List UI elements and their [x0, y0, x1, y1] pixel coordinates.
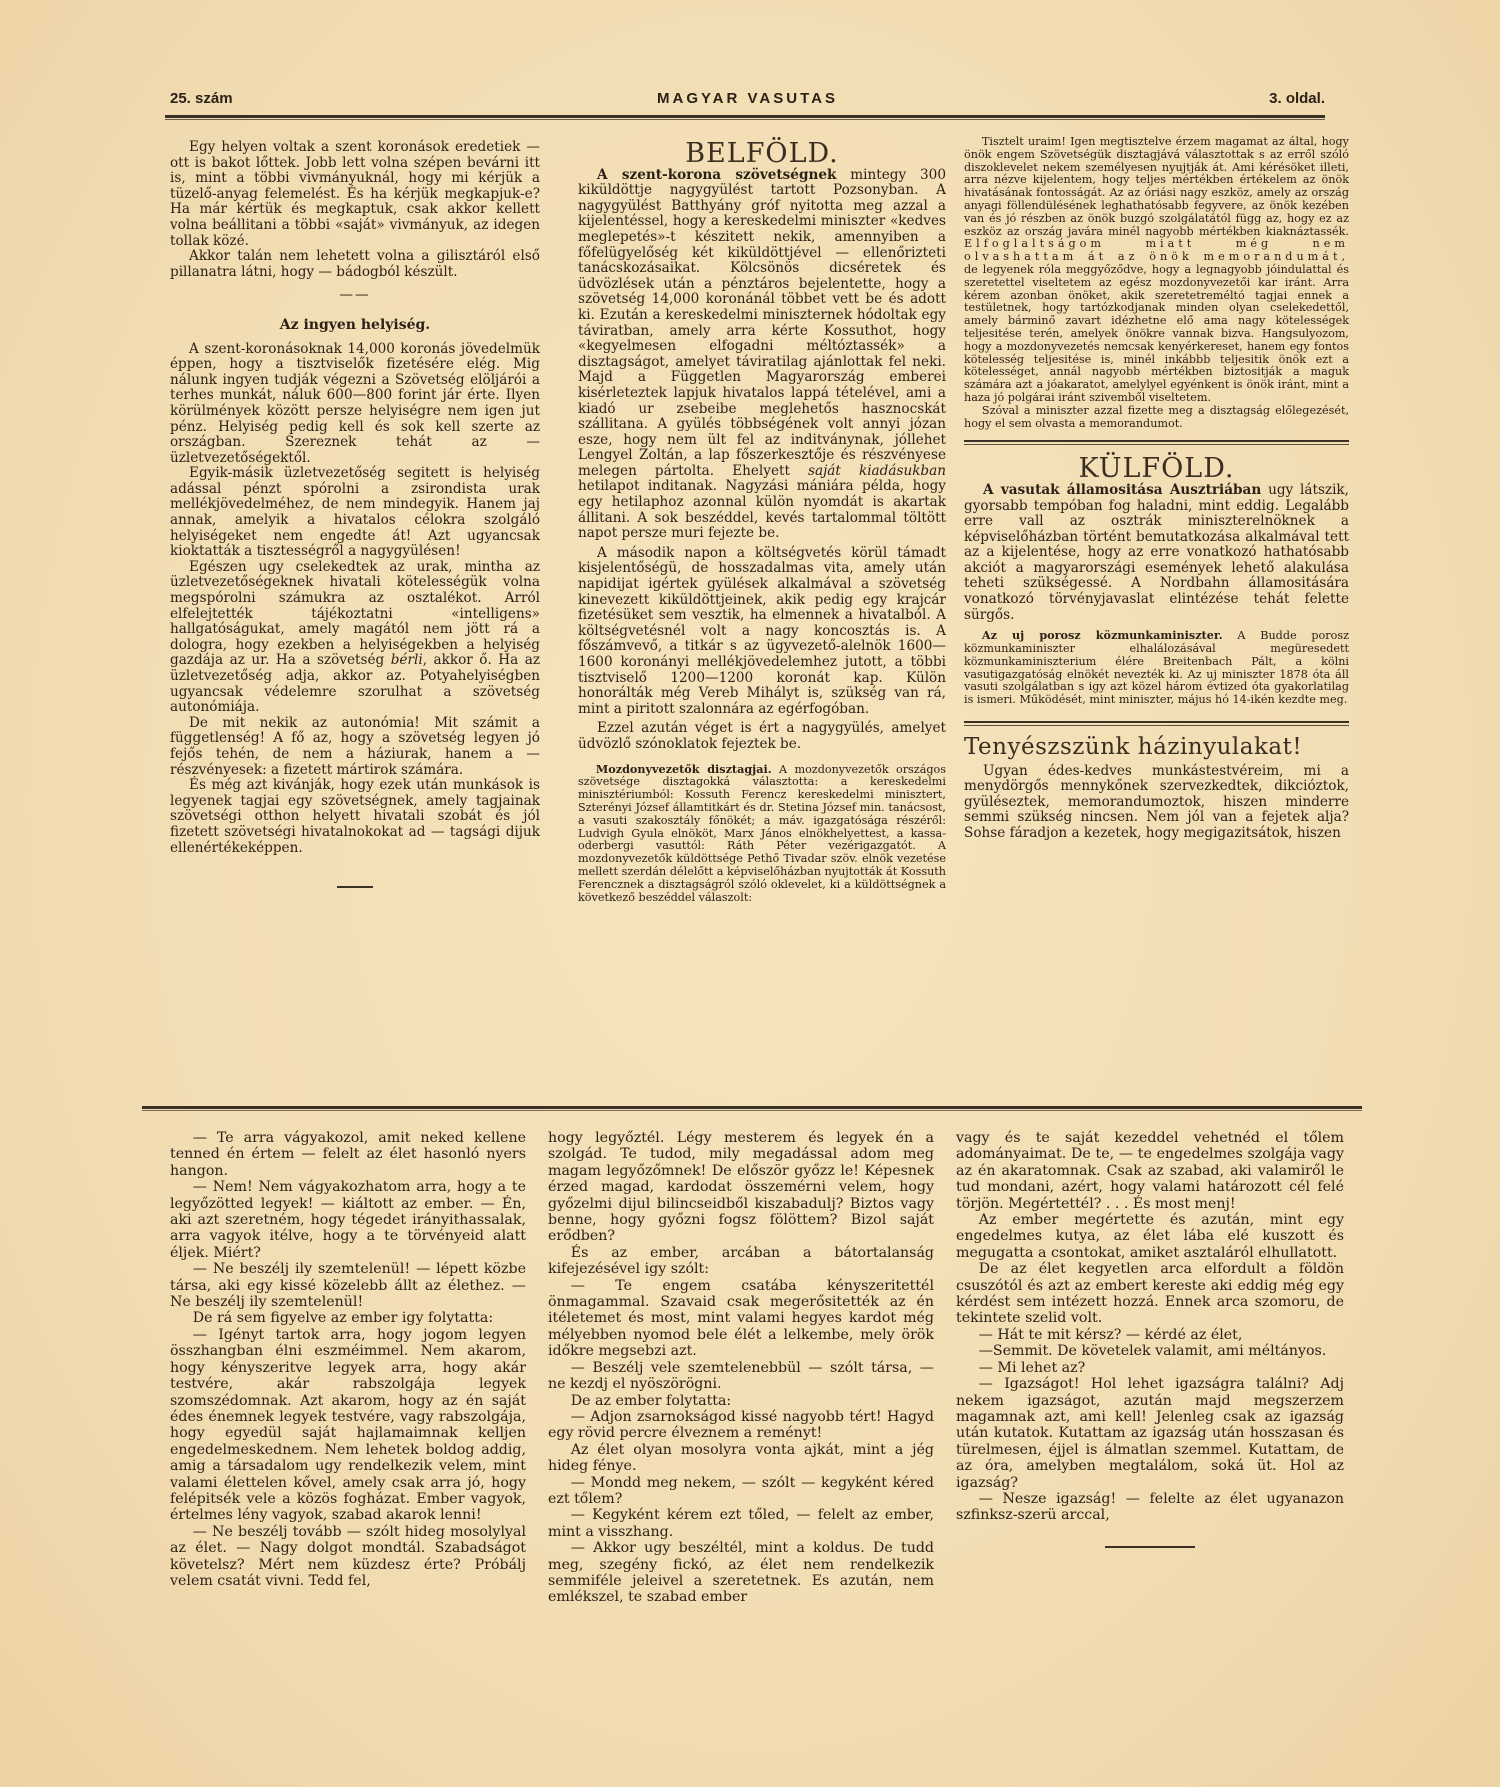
feuilleton-column-1: — Te arra vágyakozol, amit neked kellene… — [170, 1130, 526, 1589]
paragraph: Az élet olyan mosolyra vonta ajkát, mint… — [548, 1442, 934, 1475]
paragraph: vagy és te saját kezeddel vehetnéd el tő… — [956, 1130, 1344, 1212]
paragraph: hogy legyőztél. Légy mesterem és legyek … — [548, 1130, 934, 1245]
news-item: Mozdonyvezetők disztagjai. A mozdonyveze… — [578, 763, 946, 905]
paragraph: — Akkor ugy beszéltél, mint a koldus. De… — [548, 1540, 934, 1606]
minister-speech: Tisztelt uraim! Igen megtisztelve érzem … — [964, 136, 1349, 430]
paragraph: Egy helyen voltak a szent koronások ered… — [170, 140, 540, 249]
paragraph: — Hát te mit kérsz? — kérdé az élet, — [956, 1327, 1344, 1343]
article-title-hazinyul: Tenyészszünk házinyulakat! — [964, 740, 1349, 756]
paragraph: A szent-koronásoknak 14,000 koronás jöve… — [170, 342, 540, 467]
section-rule-thin — [964, 725, 1349, 726]
section-rule — [964, 721, 1349, 723]
newspaper-page: 25. szám MAGYAR VASUTAS 3. oldal. Egy he… — [0, 0, 1500, 1787]
page-divider-thin — [142, 1110, 1362, 1111]
paragraph: — Mi lehet az? — [956, 1360, 1344, 1376]
header-rule-thin — [165, 119, 1325, 120]
paragraph: — Te engem csatába kényszeritettél önmag… — [548, 1278, 934, 1360]
paragraph: — Adjon zsarnokságod kissé nagyobb tért!… — [548, 1409, 934, 1442]
feuilleton-column-2: hogy legyőztél. Légy mesterem és legyek … — [548, 1130, 934, 1606]
article-title: Az ingyen helyiség. — [170, 318, 540, 334]
paragraph: Akkor talán nem lehetett volna a giliszt… — [170, 249, 540, 280]
paragraph: — Ne beszélj ily szemtelenül! — lépett k… — [170, 1261, 526, 1310]
paragraph: De az élet kegyetlen arca elfordult a fö… — [956, 1261, 1344, 1327]
paragraph: — Nem! Nem vágyakozhatom arra, hogy a te… — [170, 1179, 526, 1261]
news-item: Az uj porosz közmunkaminiszter. A Budde … — [964, 629, 1349, 707]
paragraph: És még azt kivánják, hogy ezek után munk… — [170, 778, 540, 856]
paragraph: Ugyan édes-kedves munkástestvéreim, mi a… — [964, 764, 1349, 842]
paragraph: —Semmit. De követelek valamit, ami méltá… — [956, 1343, 1344, 1359]
section-title-belfold: BELFÖLD. — [578, 146, 946, 162]
paragraph: Egyik-másik üzletvezetőség segitett is h… — [170, 466, 540, 560]
end-mark — [337, 886, 373, 888]
paragraph: De mit nekik az autonómia! Mit számit a … — [170, 716, 540, 778]
section-rule-thin — [964, 444, 1349, 445]
paragraph: — Igazságot! Hol lehet igazságra találni… — [956, 1376, 1344, 1491]
paragraph: — Igényt tartok arra, hogy jogom legyen … — [170, 1327, 526, 1524]
feuilleton-column-3: vagy és te saját kezeddel vehetnéd el tő… — [956, 1130, 1344, 1548]
paragraph: És az ember, arcában a bátortalanság kif… — [548, 1245, 934, 1278]
paragraph: De az ember folytatta: — [548, 1393, 934, 1409]
end-rule — [1105, 1546, 1195, 1548]
header-rule — [165, 115, 1325, 118]
paragraph: — Mondd meg nekem, — szólt — kegyként ké… — [548, 1475, 934, 1508]
paragraph: — Nesze igazság! — felelte az élet ugyan… — [956, 1491, 1344, 1524]
column-2: BELFÖLD. A szent-korona szövetségnek min… — [578, 140, 946, 904]
paragraph: Ezzel azután véget is ért a nagygyülés, … — [578, 721, 946, 752]
paragraph: A szent-korona szövetségnek mintegy 300 … — [578, 168, 946, 542]
section-title-kulfold: KÜLFÖLD. — [964, 461, 1349, 477]
page-number: 3. oldal. — [1269, 90, 1325, 107]
paragraph: Az ember megértette és azután, mint egy … — [956, 1212, 1344, 1261]
paragraph: Egészen ugy cselekedtek az urak, mintha … — [170, 560, 540, 716]
paragraph: De rá sem figyelve az ember igy folytatt… — [170, 1310, 526, 1326]
section-rule — [964, 440, 1349, 442]
column-1: Egy helyen voltak a szent koronások ered… — [170, 140, 540, 888]
paragraph: — Te arra vágyakozol, amit neked kellene… — [170, 1130, 526, 1179]
separator: —— — [170, 288, 540, 304]
page-divider — [142, 1106, 1362, 1109]
paragraph: Szóval a miniszter azzal fizette meg a d… — [964, 405, 1349, 431]
paragraph: A vasutak államositása Ausztriában ugy l… — [964, 483, 1349, 623]
paragraph: — Beszélj vele szemtelenebbül — szólt tá… — [548, 1360, 934, 1393]
newspaper-title: MAGYAR VASUTAS — [170, 90, 1325, 107]
paragraph: — Kegyként kérem ezt tőled, — felelt az … — [548, 1507, 934, 1540]
paragraph: A második napon a költségvetés körül tám… — [578, 546, 946, 718]
column-3: Tisztelt uraim! Igen megtisztelve érzem … — [964, 136, 1349, 842]
page-header: 25. szám MAGYAR VASUTAS 3. oldal. — [170, 90, 1325, 112]
paragraph: — Ne beszélj tovább — szólt hideg mosoly… — [170, 1524, 526, 1590]
